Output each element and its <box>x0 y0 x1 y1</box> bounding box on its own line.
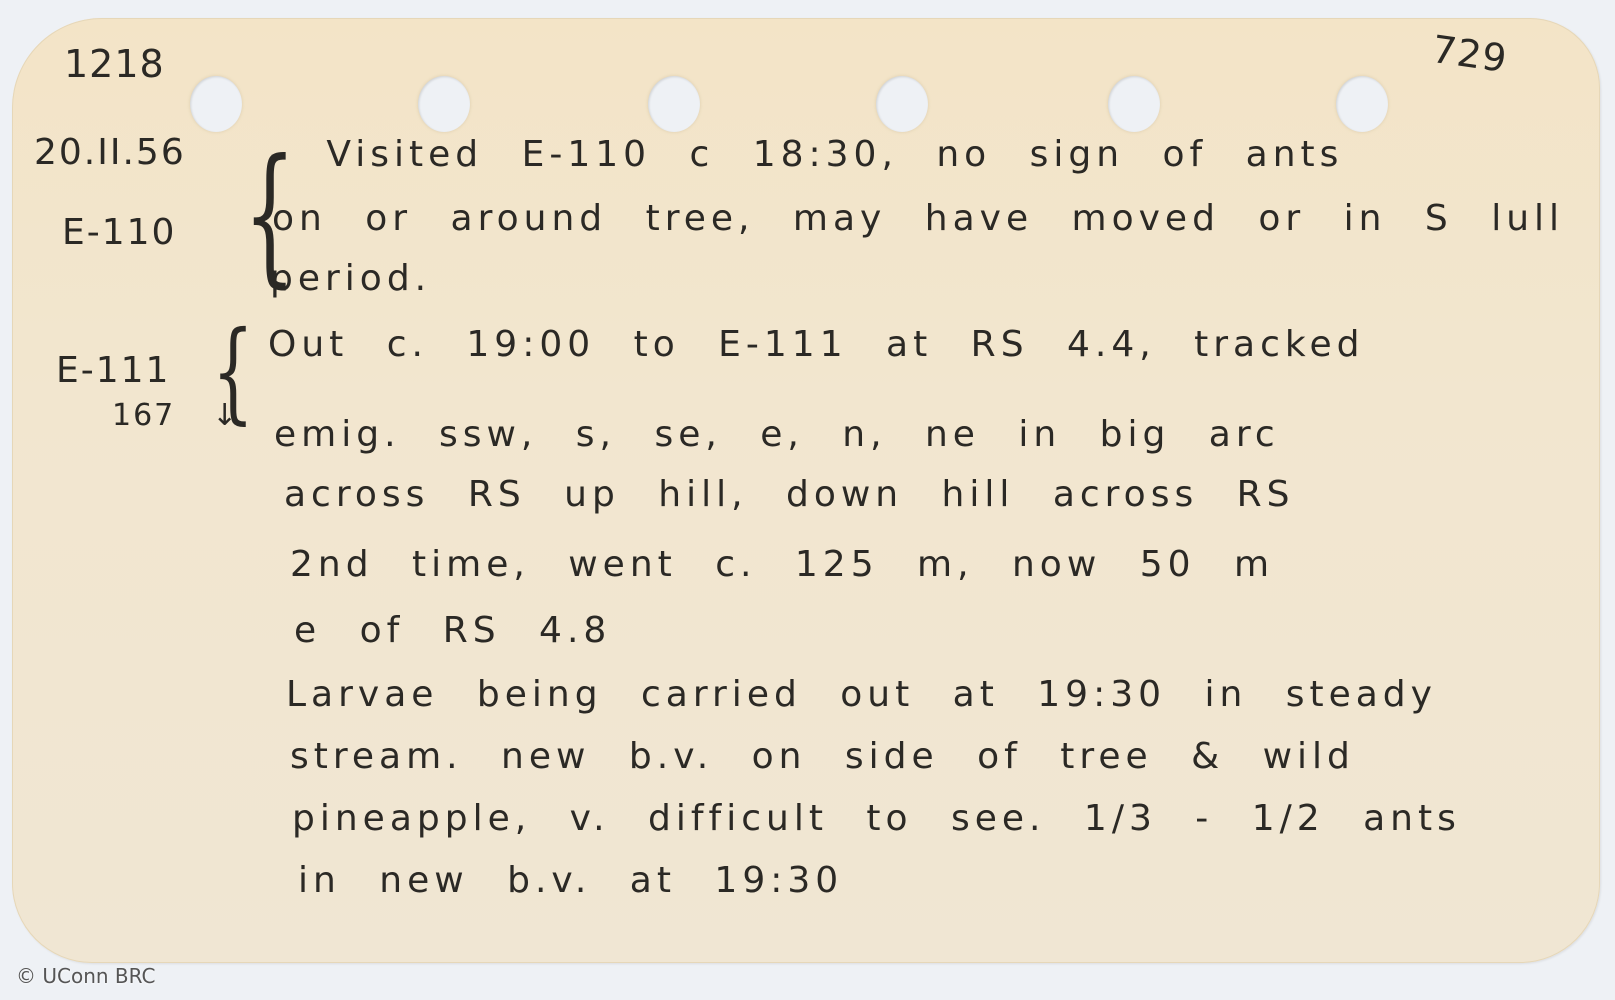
entry-line: Larvae being carried out at 19:30 in ste… <box>286 674 1437 715</box>
entry-line: period. <box>270 258 431 299</box>
entry-line: stream. new b.v. on side of tree & wild <box>290 736 1355 777</box>
card-number-left: 1218 <box>64 42 165 86</box>
entry-line: on or around tree, may have moved or in … <box>272 198 1564 239</box>
punch-hole <box>1108 76 1160 132</box>
entry-site-label: E-111 <box>56 350 170 391</box>
entry-line: pineapple, v. difficult to see. 1/3 - 1/… <box>292 798 1461 839</box>
entry-line: Out c. 19:00 to E-111 at RS 4.4, tracked <box>268 324 1364 365</box>
entry-line: in new b.v. at 19:30 <box>298 860 843 901</box>
site-label-text: E-111 <box>56 350 170 391</box>
punch-hole <box>190 76 242 132</box>
punch-hole <box>1336 76 1388 132</box>
entry-line: emig. ssw, s, se, e, n, ne in big arc <box>274 414 1280 455</box>
entry-site-label: E-110 <box>62 212 176 253</box>
arrow-down-icon: ↓ <box>212 398 243 433</box>
entry-line: 2nd time, went c. 125 m, now 50 m <box>290 544 1274 585</box>
entry-date: 20.II.56 <box>34 132 186 173</box>
punch-hole <box>418 76 470 132</box>
entry-line: across RS up hill, down hill across RS <box>284 474 1295 515</box>
page: 1218 729 20.II.56 E-110 { - Visited E-11… <box>0 0 1615 1000</box>
copyright-notice: © UConn BRC <box>16 964 156 988</box>
site-label-correction: 167 <box>112 398 175 433</box>
punch-hole <box>876 76 928 132</box>
entry-line: e of RS 4.8 <box>294 610 611 651</box>
index-card: 1218 729 20.II.56 E-110 { - Visited E-11… <box>12 18 1600 963</box>
punch-hole <box>648 76 700 132</box>
entry-line: - Visited E-110 c 18:30, no sign of ants <box>270 134 1343 175</box>
card-number-right: 729 <box>1429 27 1510 81</box>
